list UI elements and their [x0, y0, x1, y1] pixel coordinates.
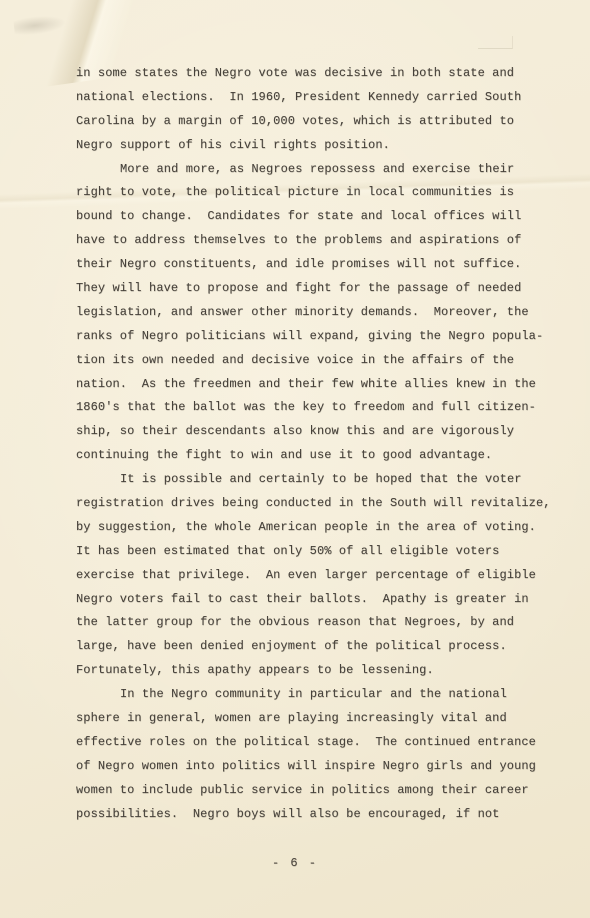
- text-line: registration drives being conducted in t…: [76, 492, 546, 516]
- text-line: 1860's that the ballot was the key to fr…: [76, 396, 546, 420]
- text-line: nation. As the freedmen and their few wh…: [76, 373, 546, 397]
- text-line: It has been estimated that only 50% of a…: [76, 540, 546, 564]
- text-line: sphere in general, women are playing inc…: [76, 707, 546, 731]
- text-line: effective roles on the political stage. …: [76, 731, 546, 755]
- text-line: continuing the fight to win and use it t…: [76, 444, 546, 468]
- text-line: They will have to propose and fight for …: [76, 277, 546, 301]
- text-line: by suggestion, the whole American people…: [76, 516, 546, 540]
- text-line: ship, so their descendants also know thi…: [76, 420, 546, 444]
- text-line: It is possible and certainly to be hoped…: [76, 468, 546, 492]
- paragraph: More and more, as Negroes repossess and …: [76, 158, 546, 469]
- text-line: Negro support of his civil rights positi…: [76, 134, 546, 158]
- faint-paper-mark: [478, 36, 513, 49]
- pencil-smudge-mark: [13, 13, 67, 36]
- text-line: national elections. In 1960, President K…: [76, 86, 546, 110]
- page-number: - 6 -: [0, 856, 590, 870]
- text-line: large, have been denied enjoyment of the…: [76, 635, 546, 659]
- text-line: bound to change. Candidates for state an…: [76, 205, 546, 229]
- paragraph: in some states the Negro vote was decisi…: [76, 62, 546, 158]
- text-line: tion its own needed and decisive voice i…: [76, 349, 546, 373]
- text-line: possibilities. Negro boys will also be e…: [76, 803, 546, 827]
- document-page: in some states the Negro vote was decisi…: [0, 0, 590, 918]
- body-text: in some states the Negro vote was decisi…: [76, 62, 546, 827]
- text-line: have to address themselves to the proble…: [76, 229, 546, 253]
- text-line: In the Negro community in particular and…: [76, 683, 546, 707]
- text-line: their Negro constituents, and idle promi…: [76, 253, 546, 277]
- text-line: Carolina by a margin of 10,000 votes, wh…: [76, 110, 546, 134]
- text-line: legislation, and answer other minority d…: [76, 301, 546, 325]
- text-line: exercise that privilege. An even larger …: [76, 564, 546, 588]
- text-line: of Negro women into politics will inspir…: [76, 755, 546, 779]
- text-line: the latter group for the obvious reason …: [76, 611, 546, 635]
- text-line: Fortunately, this apathy appears to be l…: [76, 659, 546, 683]
- text-line: women to include public service in polit…: [76, 779, 546, 803]
- text-line: right to vote, the political picture in …: [76, 181, 546, 205]
- text-line: in some states the Negro vote was decisi…: [76, 62, 546, 86]
- text-line: ranks of Negro politicians will expand, …: [76, 325, 546, 349]
- text-line: More and more, as Negroes repossess and …: [76, 158, 546, 182]
- text-line: Negro voters fail to cast their ballots.…: [76, 588, 546, 612]
- paragraph: It is possible and certainly to be hoped…: [76, 468, 546, 683]
- paragraph: In the Negro community in particular and…: [76, 683, 546, 826]
